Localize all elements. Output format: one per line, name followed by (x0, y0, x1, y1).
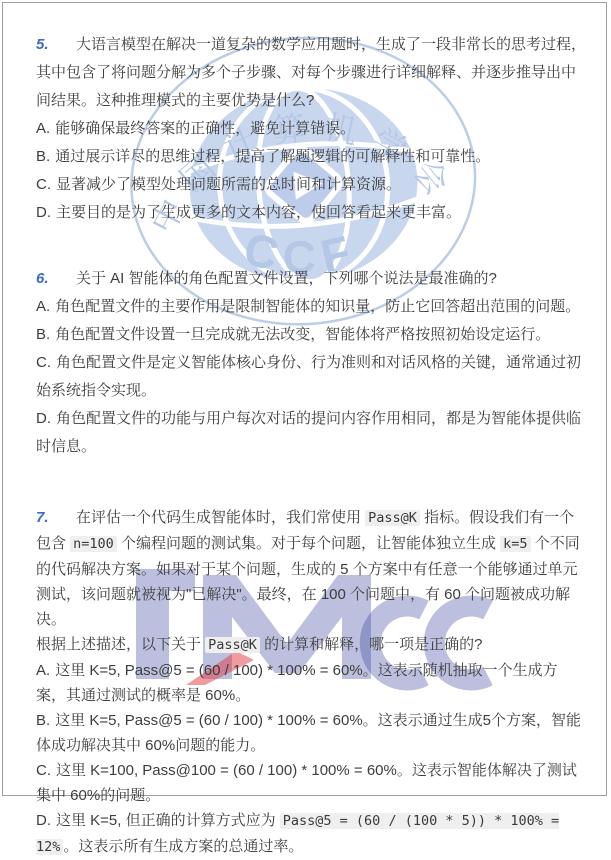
inline-code-pass-at-k: Pass@K (205, 637, 260, 653)
option-text: 角色配置文件是定义智能体核心身份、行为准则和对话风格的关键，通常通过初始系统指令… (36, 354, 581, 399)
document-page: 中国计算机学会 CCF 5.大语言模型在解决一道复杂的数学应用题时，生成了一段非… (2, 2, 607, 796)
option-label: A. (36, 120, 50, 137)
inline-code-n-100: n=100 (70, 536, 117, 552)
option-label: D. (36, 410, 51, 427)
question-6-number: 6. (36, 265, 76, 293)
option-text: 角色配置文件设置一旦完成就无法改变，智能体将严格按照初始设定运行。 (55, 326, 550, 343)
option-label: B. (36, 326, 50, 343)
option-label: D. (36, 204, 51, 221)
question-5-text: 5.大语言模型在解决一道复杂的数学应用题时，生成了一段非常长的思考过程，其中包含… (36, 31, 586, 115)
question-7-text: 7.在评估一个代码生成智能体时，我们常使用 Pass@K 指标。假设我们有一个包… (36, 505, 586, 632)
option-text: 这里 K=100, Pass@100 = (60 / 100) * 100% =… (36, 762, 577, 800)
option-label: B. (36, 712, 50, 729)
question-block-5: 5.大语言模型在解决一道复杂的数学应用题时，生成了一段非常长的思考过程，其中包含… (36, 31, 586, 227)
option-text: 这里 K=5, Pass@5 = (60 / 100) * 100% = 60%… (36, 662, 558, 704)
followup-text: 的计算和解释，哪一项是正确的? (260, 636, 483, 653)
question-6-option-b: B.角色配置文件设置一旦完成就无法改变，智能体将严格按照初始设定运行。 (36, 321, 586, 349)
question-7-followup: 根据上述描述，以下关于 Pass@K 的计算和解释，哪一项是正确的? (36, 632, 586, 658)
question-5-option-c: C.显著减少了模型处理问题所需的总时间和计算资源。 (36, 171, 586, 199)
question-block-7: 7.在评估一个代码生成智能体时，我们常使用 Pass@K 指标。假设我们有一个包… (36, 505, 586, 800)
option-text: 主要目的是为了生成更多的文本内容，使回答看起来更丰富。 (56, 204, 461, 221)
followup-text: 根据上述描述，以下关于 (36, 636, 205, 653)
option-label: B. (36, 148, 50, 165)
question-5-number: 5. (36, 31, 76, 59)
question-7-option-b: B.这里 K=5, Pass@5 = (60 / 100) * 100% = 6… (36, 708, 586, 758)
question-5-option-b: B.通过展示详尽的思维过程，提高了解题逻辑的可解释性和可靠性。 (36, 143, 586, 171)
inline-code-pass-at-k: Pass@K (365, 510, 420, 526)
question-6-option-d: D.角色配置文件的功能与用户每次对话的提问内容作用相同，都是为智能体提供临时信息… (36, 405, 586, 461)
question-5-option-d: D.主要目的是为了生成更多的文本内容，使回答看起来更丰富。 (36, 199, 586, 227)
option-label: A. (36, 298, 50, 315)
question-7-body: 在评估一个代码生成智能体时，我们常使用 (76, 509, 365, 526)
option-label: C. (36, 176, 51, 193)
option-text: 能够确保最终答案的正确性，避免计算错误。 (55, 120, 355, 137)
question-5-body: 大语言模型在解决一道复杂的数学应用题时，生成了一段非常长的思考过程，其中包含了将… (36, 36, 586, 109)
option-text: 通过展示详尽的思维过程，提高了解题逻辑的可解释性和可靠性。 (55, 148, 490, 165)
question-7-option-c: C.这里 K=100, Pass@100 = (60 / 100) * 100%… (36, 758, 586, 800)
option-text: 这里 K=5, Pass@5 = (60 / 100) * 100% = 60%… (36, 712, 581, 754)
question-6-body: 关于 AI 智能体的角色配置文件设置，下列哪个说法是最准确的? (76, 270, 497, 287)
option-label: C. (36, 762, 51, 779)
question-5-option-a: A.能够确保最终答案的正确性，避免计算错误。 (36, 115, 586, 143)
question-7-body: 个编程问题的测试集。对于每个问题，让智能体独立生成 (117, 535, 500, 552)
option-label: A. (36, 662, 50, 679)
question-6-text: 6.关于 AI 智能体的角色配置文件设置，下列哪个说法是最准确的? (36, 265, 586, 293)
option-text: 角色配置文件的主要作用是限制智能体的知识量，防止它回答超出范围的问题。 (55, 298, 580, 315)
option-text: 显著减少了模型处理问题所需的总时间和计算资源。 (56, 176, 401, 193)
question-7-option-a: A.这里 K=5, Pass@5 = (60 / 100) * 100% = 6… (36, 658, 586, 708)
question-6-option-c: C.角色配置文件是定义智能体核心身份、行为准则和对话风格的关键，通常通过初始系统… (36, 349, 586, 405)
option-label: C. (36, 354, 51, 371)
questions-content: 5.大语言模型在解决一道复杂的数学应用题时，生成了一段非常长的思考过程，其中包含… (3, 3, 606, 800)
question-block-6: 6.关于 AI 智能体的角色配置文件设置，下列哪个说法是最准确的? A.角色配置… (36, 265, 586, 461)
inline-code-k-5: k=5 (500, 536, 530, 552)
question-6-option-a: A.角色配置文件的主要作用是限制智能体的知识量，防止它回答超出范围的问题。 (36, 293, 586, 321)
question-7-number: 7. (36, 505, 76, 530)
option-text: 角色配置文件的功能与用户每次对话的提问内容作用相同，都是为智能体提供临时信息。 (36, 410, 581, 455)
